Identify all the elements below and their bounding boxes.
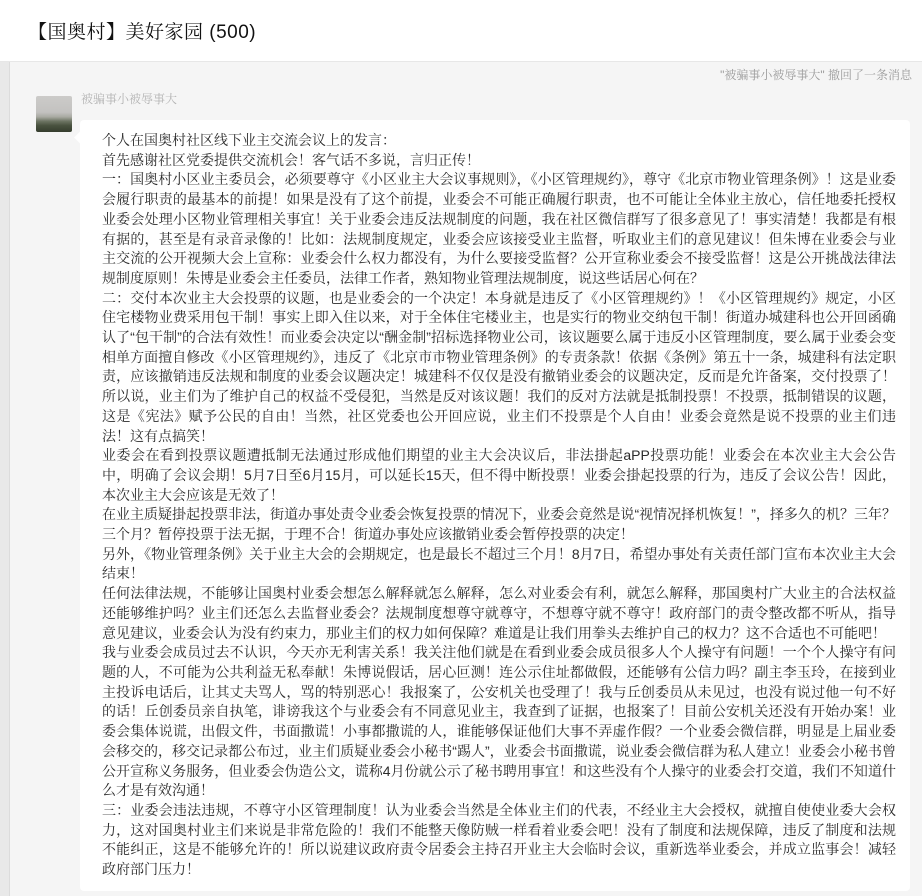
chat-window: 【国奥村】美好家园 (500) "被骗事小被辱事大" 撤回了一条消息 被骗事小被… xyxy=(0,0,922,896)
message-paragraph: 一：国奥村小区业主委员会，必须要尊守《小区业主大会议事规则》，《小区管理规约》，… xyxy=(102,170,896,288)
message-paragraph: 我与业委会成员过去不认识，今天亦无利害关系！我关注他们就是在看到业委会成员很多人… xyxy=(102,643,896,801)
avatar[interactable] xyxy=(36,96,72,132)
chat-title: 【国奥村】美好家园 (500) xyxy=(28,17,256,44)
chat-header: 【国奥村】美好家园 (500) xyxy=(0,0,922,62)
bubble-tail xyxy=(74,131,87,144)
message-paragraph: 任何法律法规，不能够让国奥村业委会想怎么解释就怎么解释，怎么对业委会有利，就怎么… xyxy=(102,584,896,643)
sender-name: 被骗事小被辱事大 xyxy=(81,90,177,107)
message-paragraph: 二：交付本次业主大会投票的议题，也是业委会的一个决定！本身就是违反了《小区管理规… xyxy=(102,289,896,447)
message-paragraph: 首先感谢社区党委提供交流机会！客气话不多说，言归正传！ xyxy=(102,151,896,171)
message-bubble: 个人在国奥村社区线下业主交流会议上的发言：首先感谢社区党委提供交流机会！客气话不… xyxy=(80,120,910,891)
sidebar-edge xyxy=(0,62,10,896)
message-paragraph: 在业主质疑掛起投票非法，街道办事处责令业委会恢复投票的情况下，业委会竟然是说“视… xyxy=(102,505,896,544)
message-paragraph: 业委会在看到投票议题遭抵制无法通过形成他们期望的业主大会决议后，非法掛起aPP投… xyxy=(102,446,896,505)
chat-message-area[interactable]: "被骗事小被辱事大" 撤回了一条消息 被骗事小被辱事大 个人在国奥村社区线下业主… xyxy=(11,62,922,896)
message-paragraph: 三：业委会违法违规，不尊守小区管理制度！认为业委会当然是全体业主们的代表，不经业… xyxy=(102,801,896,880)
message-paragraph: 另外，《物业管理条例》关于业主大会的会期规定，也是最长不超过三个月！8月7日，希… xyxy=(102,545,896,584)
message-text: 个人在国奥村社区线下业主交流会议上的发言：首先感谢社区党委提供交流机会！客气话不… xyxy=(102,131,896,880)
recalled-message-notice: "被骗事小被辱事大" 撤回了一条消息 xyxy=(720,66,912,83)
message-paragraph: 个人在国奥村社区线下业主交流会议上的发言： xyxy=(102,131,896,151)
